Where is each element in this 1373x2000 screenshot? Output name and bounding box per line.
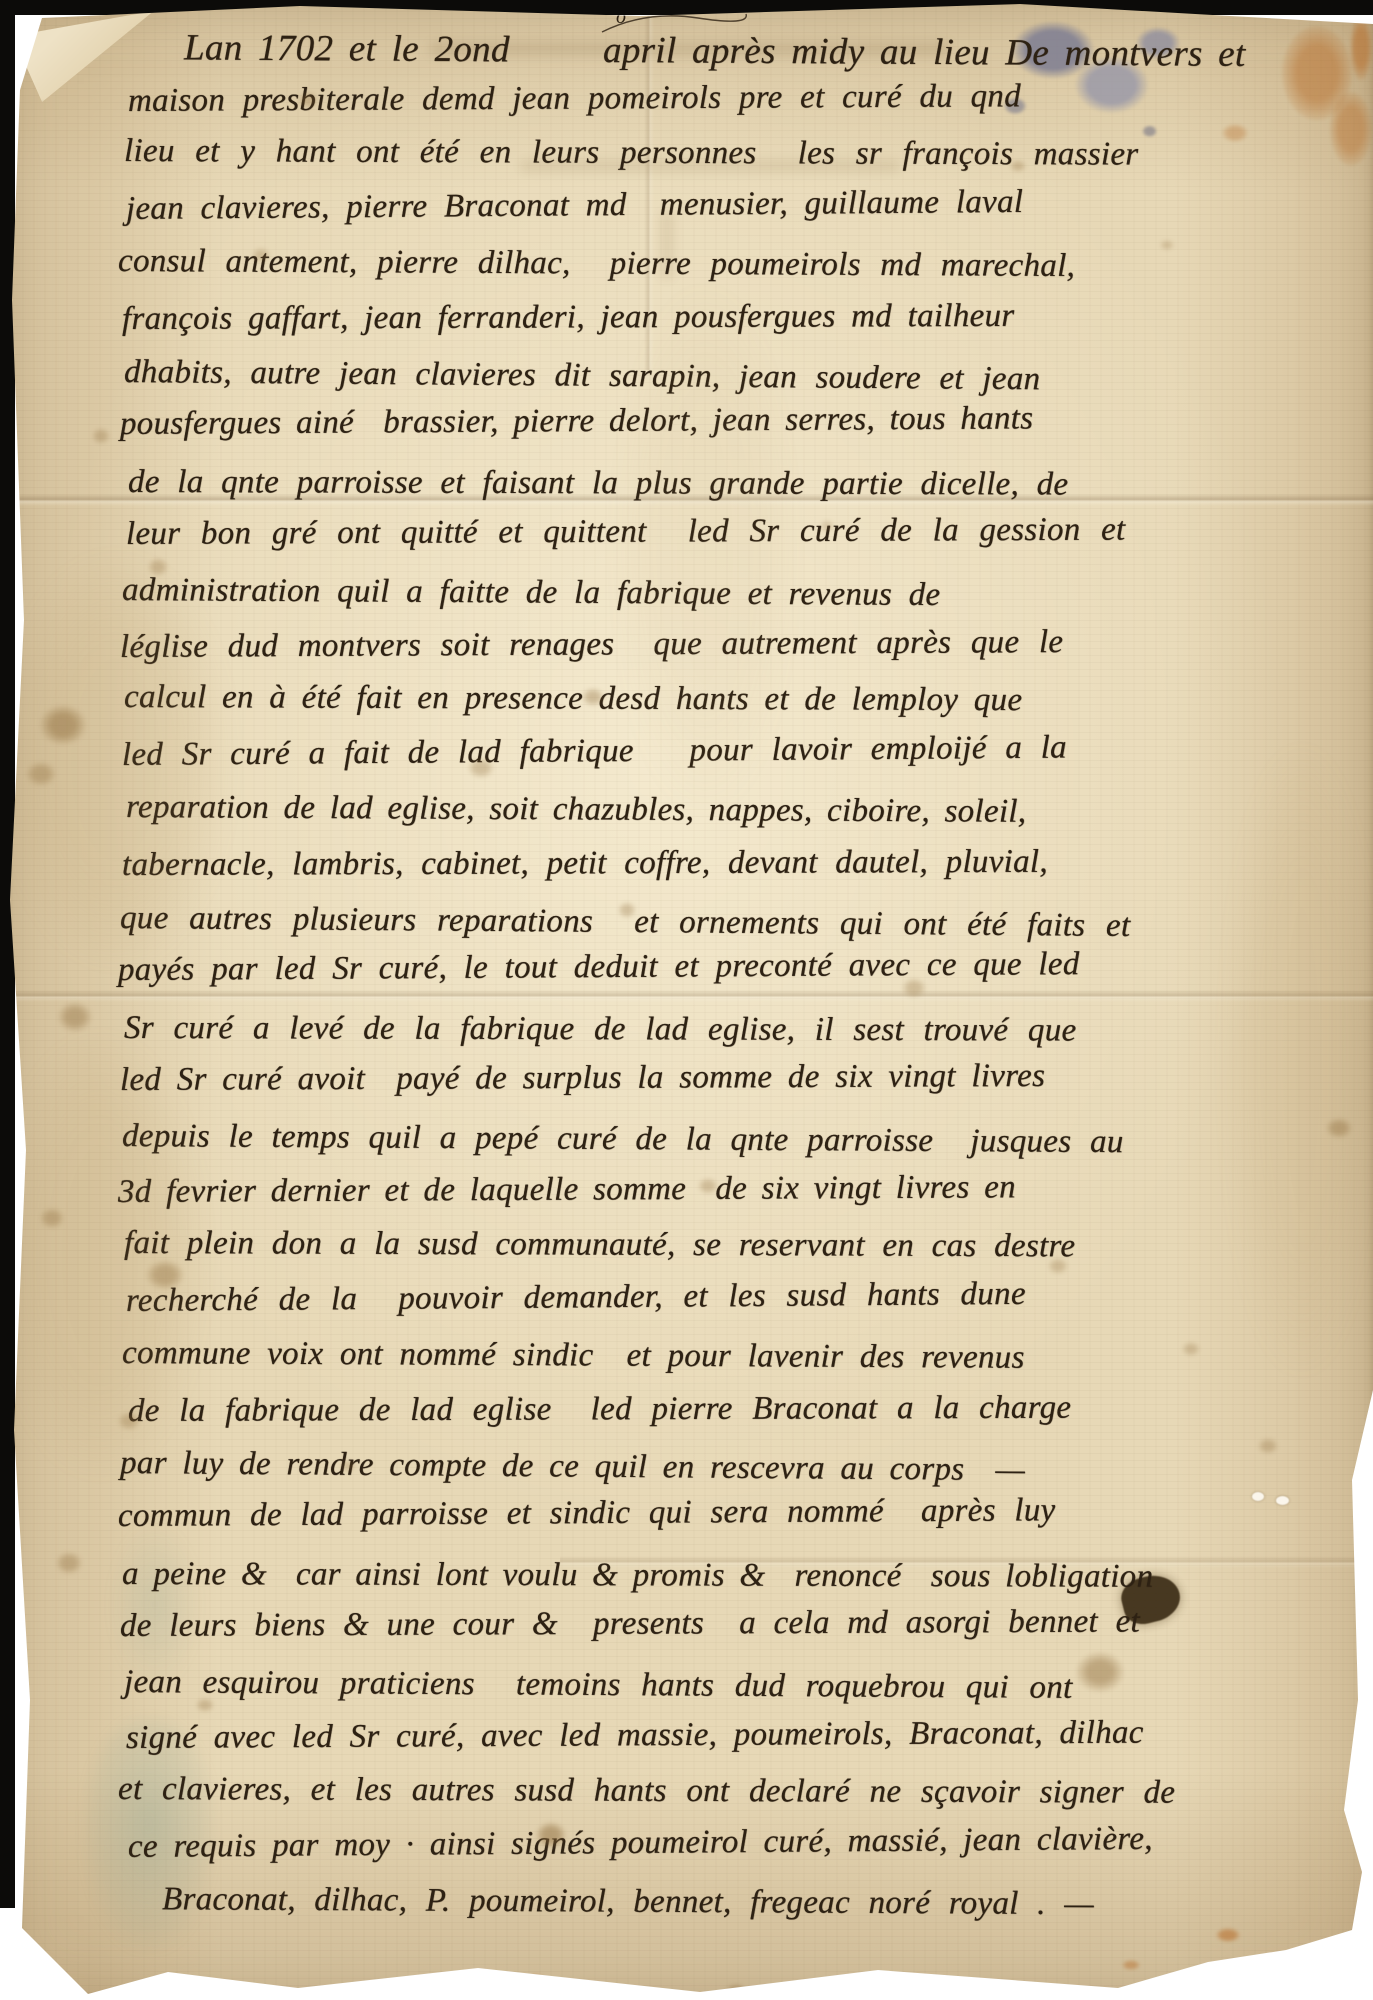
foxing-spot xyxy=(1048,1258,1068,1274)
rust-stain xyxy=(1222,124,1248,142)
foxing-spot xyxy=(340,1460,356,1472)
rust-stain xyxy=(1122,1960,1140,1970)
scanned-document: o Lan 1702 et le 2ond april après midy a… xyxy=(0,0,1373,2000)
manuscript-line: recherché de la pouvoir demander, et les… xyxy=(118,1273,1368,1337)
foxing-spot xyxy=(698,1178,718,1194)
manuscript-line: commun de lad parroisse et sindic qui se… xyxy=(118,1490,1368,1552)
manuscript-line: jean clavieres, pierre Braconat md menus… xyxy=(118,181,1368,245)
foxing-spot xyxy=(726,1984,746,1996)
foxing-spot xyxy=(902,978,926,998)
manuscript-page: o Lan 1702 et le 2ond april après midy a… xyxy=(0,0,1373,2000)
manuscript-line: de la fabrique de lad eglise led pierre … xyxy=(118,1388,1368,1447)
manuscript-line: signé avec led Sr curé, avec led massie,… xyxy=(118,1714,1368,1775)
foxing-spot xyxy=(468,758,494,778)
foxing-spot xyxy=(1010,160,1026,172)
water-stain xyxy=(0,1040,200,1470)
water-stain xyxy=(6,560,226,960)
rust-stain xyxy=(1330,92,1372,166)
manuscript-line: ce requis par moy · ainsi signés poumeir… xyxy=(118,1819,1368,1883)
manuscript-line: led Sr curé avoit payé de surplus la som… xyxy=(118,1057,1368,1117)
foxing-spot xyxy=(196,1698,214,1712)
foxing-spot xyxy=(58,1002,92,1032)
foxing-spot xyxy=(820,520,834,532)
foxing-spot xyxy=(618,902,636,918)
water-stain xyxy=(1230,750,1373,1370)
manuscript-line: reparation de lad eglise, soit chazubles… xyxy=(118,789,1368,850)
foxing-spot xyxy=(252,248,270,262)
manuscript-line: commune voix ont nommé sindic et pour la… xyxy=(118,1335,1368,1396)
rust-stain xyxy=(1350,16,1372,80)
foxing-spot xyxy=(1182,1342,1200,1356)
manuscript-text: Lan 1702 et le 2ond april après midy au … xyxy=(118,26,1368,1937)
manuscript-line: 3d fevrier dernier et de laquelle somme … xyxy=(118,1168,1368,1229)
rust-stain xyxy=(1216,1928,1240,1942)
foxing-spot xyxy=(582,688,604,706)
rust-stain xyxy=(528,1974,544,1984)
foxing-spot xyxy=(1160,240,1174,250)
manuscript-line: de leurs biens & une cour & presents a c… xyxy=(118,1603,1368,1663)
foxing-spot xyxy=(56,1552,82,1574)
manuscript-line: Braconat, dilhac, P. poumeirol, bennet, … xyxy=(118,1881,1368,1942)
foxing-spot xyxy=(1076,1652,1124,1692)
manuscript-line: consul antement, pierre dilhac, pierre p… xyxy=(118,243,1368,304)
foxing-spot xyxy=(92,428,110,444)
foxing-spot xyxy=(1258,1438,1278,1454)
foxing-spot xyxy=(298,92,318,108)
water-stain xyxy=(620,290,790,810)
manuscript-line: tabernacle, lambris, cabinet, petit coff… xyxy=(118,843,1368,902)
foxing-spot xyxy=(536,1822,566,1848)
manuscript-line: payés par led Sr curé, le tout deduit et… xyxy=(118,944,1368,1006)
